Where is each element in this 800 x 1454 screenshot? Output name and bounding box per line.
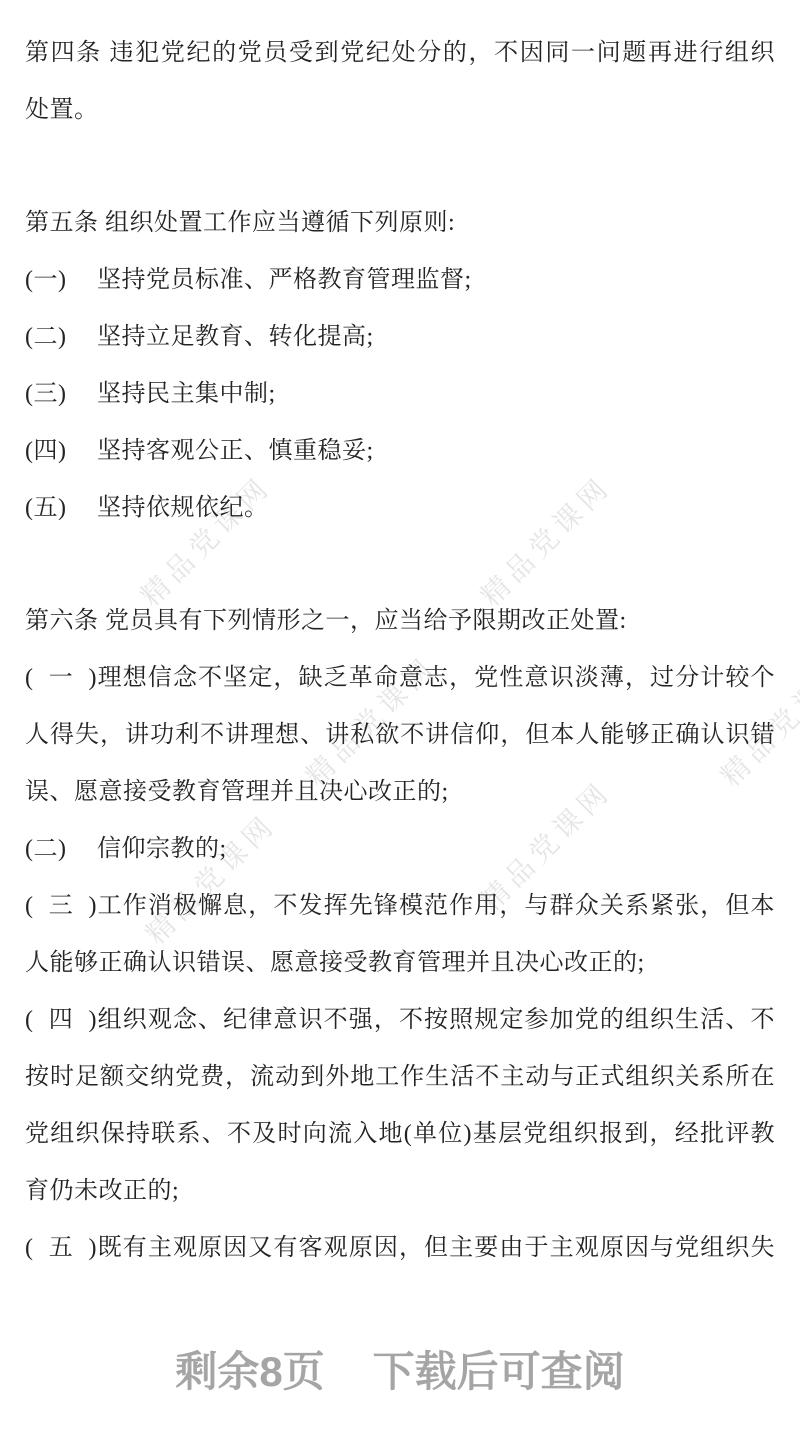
list-item-line: (五)既有主观原因又有客观原因，但主要由于主观原因与党组织失 [25, 1220, 775, 1277]
list-item-text: 坚持党员标准、严格教育管理监督; [97, 267, 472, 293]
list-item-line: (二)信仰宗教的; [25, 821, 775, 878]
list-item-marker: (一) [25, 252, 97, 309]
download-hint-label: 下载后可查阅 [373, 1348, 625, 1395]
list-item-marker: (五) [25, 1220, 97, 1277]
list-item-marker: (四) [25, 423, 97, 480]
document-page: 精品党课网 精品党课网 精品党课网 精品党课网 精品党课网 精品党课网 第四条 … [0, 0, 800, 1454]
list-item-text: 理想信念不坚定，缺乏革命意志，党性意识淡薄，过分计较个 [97, 665, 775, 691]
text-line: 育仍未改正的; [25, 1163, 775, 1220]
text-line: 误、愿意接受教育管理并且决心改正的; [25, 764, 775, 821]
list-item-line: (三)工作消极懈息，不发挥先锋模范作用，与群众关系紧张，但本 [25, 878, 775, 935]
article-heading-line: 第五条 组织处置工作应当遵循下列原则: [25, 195, 775, 252]
document-body: 第四条 违犯党纪的党员受到党纪处分的，不因同一问题再进行组织 处置。 第五条 组… [25, 25, 775, 1277]
list-item-text: 坚持民主集中制; [97, 381, 276, 407]
text-line: 人能够正确认识错误、愿意接受教育管理并且决心改正的; [25, 935, 775, 992]
list-item-text: 工作消极懈息，不发挥先锋模范作用，与群众关系紧张，但本 [97, 893, 775, 919]
list-item-marker: (四) [25, 992, 97, 1049]
list-item-text: 既有主观原因又有客观原因，但主要由于主观原因与党组织失 [97, 1235, 775, 1261]
list-item-text: 组织观念、纪律意识不强，不按照规定参加党的组织生活、不 [97, 1007, 775, 1033]
list-item-marker: (二) [25, 309, 97, 366]
list-item-line: (五)坚持依规依纪。 [25, 480, 775, 537]
list-item-marker: (二) [25, 821, 97, 878]
list-item-line: (三)坚持民主集中制; [25, 366, 775, 423]
list-item-text: 坚持依规依纪。 [97, 495, 269, 521]
list-item-line: (四)坚持客观公正、慎重稳妥; [25, 423, 775, 480]
list-item-marker: (三) [25, 878, 97, 935]
text-line: 处置。 [25, 82, 775, 139]
list-item-marker: (一) [25, 650, 97, 707]
list-item-line: (一)理想信念不坚定，缺乏革命意志，党性意识淡薄，过分计较个 [25, 650, 775, 707]
list-item-line: (四)组织观念、纪律意识不强，不按照规定参加党的组织生活、不 [25, 992, 775, 1049]
list-item-text: 信仰宗教的; [97, 836, 227, 862]
list-item-line: (一)坚持党员标准、严格教育管理监督; [25, 252, 775, 309]
list-item-text: 坚持立足教育、转化提高; [97, 324, 374, 350]
list-item-marker: (五) [25, 480, 97, 537]
text-line: 按时足额交纳党费，流动到外地工作生活不主动与正式组织关系所在 [25, 1049, 775, 1106]
preview-footer: 剩余8页下载后可查阅 [0, 1342, 800, 1402]
list-item-line: (二)坚持立足教育、转化提高; [25, 309, 775, 366]
text-line: 第四条 违犯党纪的党员受到党纪处分的，不因同一问题再进行组织 [25, 25, 775, 82]
text-line: 党组织保持联系、不及时向流入地(单位)基层党组织报到，经批评教 [25, 1106, 775, 1163]
article-heading-line: 第六条 党员具有下列情形之一，应当给予限期改正处置: [25, 593, 775, 650]
remaining-pages-label: 剩余8页 [175, 1348, 324, 1395]
text-line: 人得失，讲功利不讲理想、讲私欲不讲信仰，但本人能够正确认识错 [25, 707, 775, 764]
list-item-text: 坚持客观公正、慎重稳妥; [97, 438, 374, 464]
list-item-marker: (三) [25, 366, 97, 423]
